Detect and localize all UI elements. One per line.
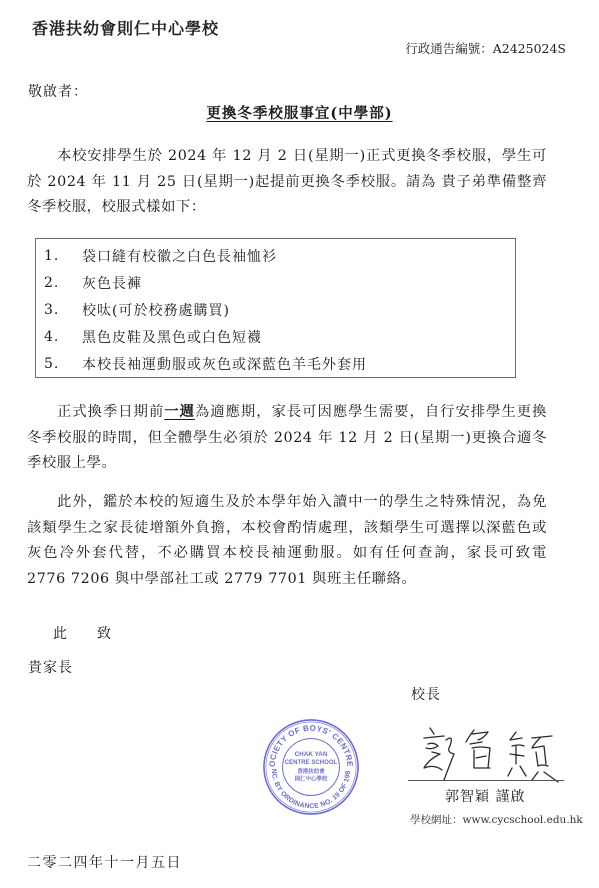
list-number: 4. (36, 329, 82, 345)
list-text: 袋口縫有校徽之白色長袖恤衫 (82, 246, 277, 266)
paragraph-adaptation: 正式換季日期前一週為適應期，家長可因應學生需要，自行安排學生更換冬季校服的時間，… (27, 400, 547, 477)
paragraph-intro: 本校安排學生於 2024 年 12 月 2 日(星期一)正式更換冬季校服，學生可… (27, 144, 547, 221)
svg-text:香港扶幼會: 香港扶幼會 (297, 767, 325, 775)
list-item: 1. 袋口縫有校徽之白色長袖恤衫 (36, 242, 515, 269)
notice-title-text: 更換冬季校服事宜(中學部) (206, 105, 392, 122)
notice-title: 更換冬季校服事宜(中學部) (0, 102, 599, 123)
principal-title: 校長 (411, 684, 441, 704)
list-number: 1. (36, 248, 82, 264)
list-text: 黑色皮鞋及黑色或白色短襪 (82, 327, 262, 347)
school-stamp-icon: SOCIETY OF BOYS' CENTRES INC. BY ORDINAN… (262, 718, 360, 816)
paragraph-adaptation-before: 正式換季日期前 (57, 404, 164, 420)
list-text: 本校長袖運動服或灰色或深藍色羊毛外套用 (82, 354, 367, 374)
list-number: 3. (36, 302, 82, 318)
paragraph-special-cases: 此外，鑑於本校的短適生及於本學年始入讀中一的學生之特殊情況，為免該類學生之家長徒… (27, 490, 547, 592)
list-text: 灰色長褲 (82, 273, 142, 293)
list-item: 2. 灰色長褲 (36, 269, 515, 296)
notice-number: 行政通告編號：A2425024S (405, 39, 566, 57)
uniform-list: 1. 袋口縫有校徽之白色長袖恤衫 2. 灰色長褲 3. 校呔(可於校務處購買) … (35, 238, 516, 378)
principal-signature-icon (420, 724, 565, 788)
signature-line (408, 780, 564, 781)
list-number: 5. (36, 356, 82, 372)
list-text: 校呔(可於校務處購買) (82, 300, 230, 320)
svg-text:則仁中心學校: 則仁中心學校 (295, 775, 328, 783)
notice-date: 二零二四年十一月五日 (27, 852, 182, 872)
signer-name: 郭智穎 謹啟 (445, 786, 525, 806)
school-website: 學校網址：www.cycschool.edu.hk (410, 812, 583, 827)
emphasis-one-week: 一週 (164, 404, 195, 420)
closing-word-1: 此 (53, 626, 67, 642)
list-number: 2. (36, 275, 82, 291)
list-item: 5. 本校長袖運動服或灰色或深藍色羊毛外套用 (36, 350, 515, 377)
svg-text:CENTRE SCHOOL: CENTRE SCHOOL (285, 760, 338, 766)
closing-word-2: 致 (97, 626, 111, 642)
school-name: 香港扶幼會則仁中心學校 (32, 16, 219, 39)
closing-line: 此致 (53, 623, 111, 643)
salutation: 敬啟者： (28, 81, 88, 101)
list-item: 3. 校呔(可於校務處購買) (36, 296, 515, 323)
svg-text:CHAK YAN: CHAK YAN (295, 751, 328, 758)
addressee: 貴家長 (28, 657, 73, 677)
list-item: 4. 黑色皮鞋及黑色或白色短襪 (36, 323, 515, 350)
